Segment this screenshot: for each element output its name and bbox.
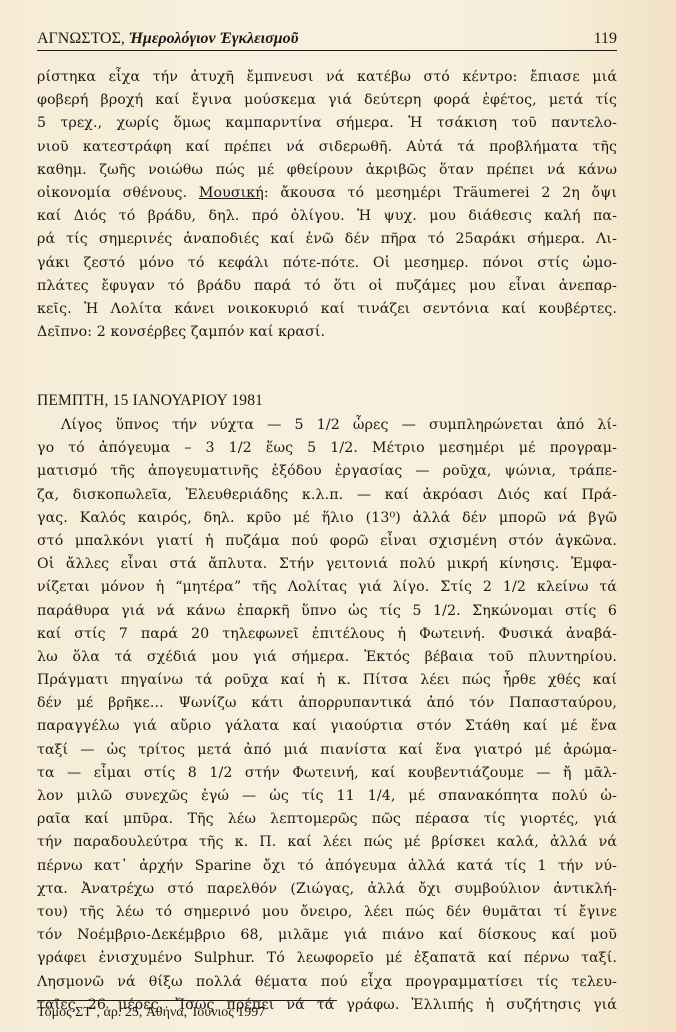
text-line: φοβερή βροχή καί ἔγινα μούσκεμα γιά δεύτ… — [37, 89, 617, 112]
text-line: Οἱ ἄλλες εἶναι στά ἄπλυτα. Στήν γειτονιά… — [37, 553, 617, 576]
text-line: νίζεται μόνον ἡ “μητέρα” τῆς Λολίτας γιά… — [37, 576, 617, 599]
text-line: γράφει ἐνισχυμένο Sulphur. Τό λεωφορεῖο … — [37, 947, 617, 970]
book-title: Ἡμερολόγιον Ἐγκλεισμοῦ — [129, 30, 299, 47]
text-line: 5 τρεχ., χωρίς ὅμως καμπαρντίνα σήμερα. … — [37, 112, 617, 135]
text-line: τα — εἶμαι στίς 8 1/2 στήν Φωτεινή, καί … — [37, 762, 617, 785]
journal-footer: Τόμος ΣΤ΄, ἀρ. 25, Ἀθήνα, Ἰούνιος 1997 — [37, 1005, 265, 1021]
text-line: γάκι ζεστό μόνο τό κεφάλι πότε-πότε. Οἱ … — [37, 252, 617, 275]
text-line: παραγγέλω γιά αὔριο γάλατα καί γιαούρτια… — [37, 715, 617, 738]
entry-date-heading: ΠΕΜΠΤΗ, 15 ΙΑΝΟΥΑΡΙΟΥ 1981 — [37, 392, 263, 410]
text-line: ραῖα καί μπῦρα. Τῆς λέω λεπτομερῶς πῶς π… — [37, 808, 617, 831]
text-line: Πράγματι πηγαίνω τά ροῦχα καί ἡ κ. Πίτσα… — [37, 669, 617, 692]
text-line: πλάτες ἔφυγαν τό βράδυ παρά τό ὅτι οἱ πυ… — [37, 275, 617, 298]
text-line: πέρνω κατ᾽ ἀρχήν Sparine ὄχι τό ἀπόγευμα… — [37, 855, 617, 878]
author-name: ΑΓΝΩΣΤΟΣ, — [37, 30, 125, 47]
text-line: του) τῆς λέω τό σημερινό μου ὄνειρο, λέε… — [37, 901, 617, 924]
text-line: νιοῦ κατεστράφη καί πρέπει νά σιδερωθῆ. … — [37, 136, 617, 159]
entry-body: Λίγος ὕπνος τήν νύχτα — 5 1/2 ὧρες — συμ… — [37, 414, 617, 1017]
text-segment: οἰκονομία σθένους. — [37, 185, 199, 201]
text-line: Λησμονῶ νά θίξω πολλά θέματα πού εἶχα πρ… — [37, 971, 617, 994]
footer-divider — [37, 1000, 337, 1001]
text-line: τήν παραδουλεύτρα τῆς κ. Π. καί λέει πώς… — [37, 831, 617, 854]
text-line: λον μιλῶ συνεχῶς ἐγώ — ὡς τίς 11 1/4, μέ… — [37, 785, 617, 808]
running-header: ΑΓΝΩΣΤΟΣ, Ἡμερολόγιον Ἐγκλεισμοῦ 119 — [37, 30, 617, 51]
text-line: καί Διός τό βράδυ, δηλ. πρό ὀλίγου. Ἡ ψυ… — [37, 205, 617, 228]
text-line: λω ὅλα τά σχέδιά μου γιά σήμερα. Ἐκτός β… — [37, 646, 617, 669]
text-line: παράθυρα γιά νά κάνω ἐπαρκῆ ὕπνο ὡς τίς … — [37, 600, 617, 623]
underlined-music-label: Μουσική — [199, 185, 264, 201]
text-line: ματισμό τῆς ἀπογευματινῆς ἐξόδου ἐργασία… — [37, 460, 617, 483]
text-line: γο τό ἀπόγευμα – 3 1/2 ἕως 5 1/2. Μέτριο… — [37, 437, 617, 460]
text-line: οἰκονομία σθένους. Μουσική: ἄκουσα τό με… — [37, 182, 617, 205]
text-line: ταξί — ὡς τρίτος μετά ἀπό μιά πιανίστα κ… — [37, 739, 617, 762]
text-line: καθημ. ζωῆς νοιώθω πώς μέ φθείρουν ἀκριβ… — [37, 159, 617, 182]
entry-continued: ρίστηκα εἶχα τήν ἀτυχῆ ἔμπνευσι νά κατέβ… — [37, 66, 617, 344]
text-line: γας. Καλός καιρός, δηλ. κρῦο μέ ἥλιο (13… — [37, 507, 617, 530]
text-line: ρίστηκα εἶχα τήν ἀτυχῆ ἔμπνευσι νά κατέβ… — [37, 66, 617, 89]
text-line: καί στίς 7 παρά 20 τηλεφωνεῖ ἐπιτέλους ἡ… — [37, 623, 617, 646]
text-line: τόν Νοέμβριο-Δεκέμβριο 68, μιλᾶμε γιά πι… — [37, 924, 617, 947]
text-line: Δεῖπνο: 2 κονσέρβες ζαμπόν καί κρασί. — [37, 321, 617, 344]
text-line: Λίγος ὕπνος τήν νύχτα — 5 1/2 ὧρες — συμ… — [37, 414, 617, 437]
running-title: ΑΓΝΩΣΤΟΣ, Ἡμερολόγιον Ἐγκλεισμοῦ — [37, 30, 298, 48]
text-line: χτα. Ἀνατρέχω στό παρελθόν (Ζιώγας, ἀλλά… — [37, 878, 617, 901]
text-line: ζα, δισκοπωλεῖα, Ἐλευθεριάδης κ.λ.π. — κ… — [37, 484, 617, 507]
text-line: ρά τίς σημερινές ἀναποδιές καί ἐνῶ δέν π… — [37, 228, 617, 251]
page-number: 119 — [594, 30, 617, 48]
text-line: δέν μέ βρῆκε... Ψωνίζω κάτι ἀπορρυπαντικ… — [37, 692, 617, 715]
text-line: κεῖς. Ἡ Λολίτα κάνει νοικοκυριό καί τινά… — [37, 298, 617, 321]
text-line: στό μπαλκόνι γιατί ἡ πυζάμα πού φορῶ εἶν… — [37, 530, 617, 553]
text-segment: : ἄκουσα τό μεσημέρι Träumerei 2 2η ὄψι — [264, 185, 617, 201]
